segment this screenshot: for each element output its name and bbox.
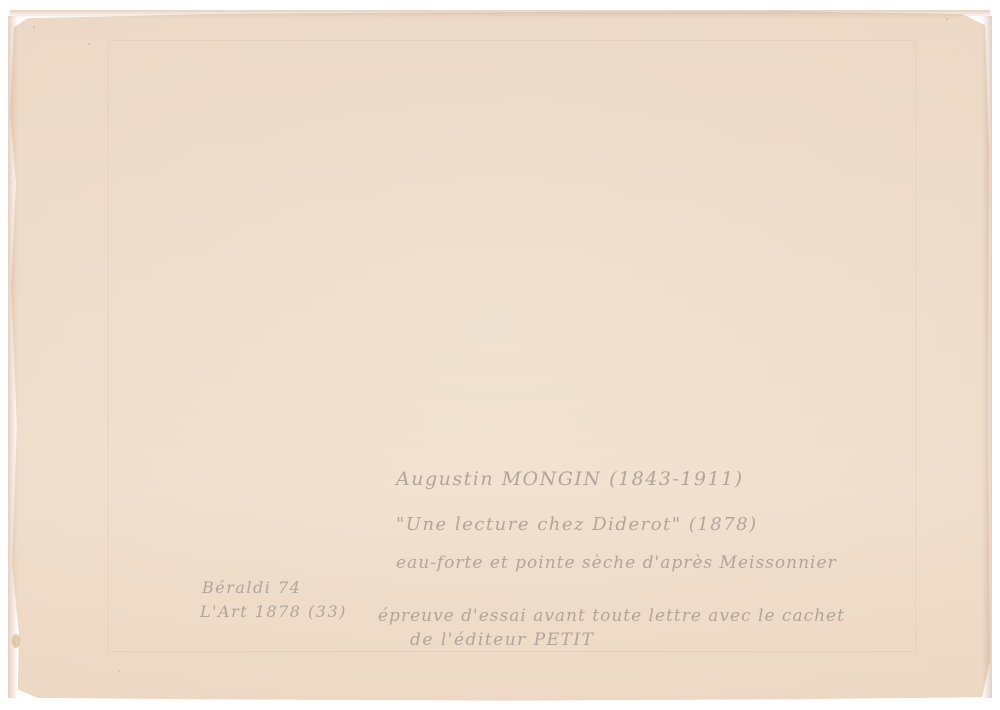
- deckle-edge-top: [10, 10, 990, 18]
- annotation-reference-lart: L'Art 1878 (33): [200, 602, 347, 621]
- foxing-spot: [88, 43, 90, 45]
- annotation-reference-beraldi: Béraldi 74: [202, 578, 301, 597]
- foxing-spot: [33, 26, 35, 28]
- annotation-title: "Une lecture chez Diderot" (1878): [396, 514, 758, 535]
- annotation-technique: eau-forte et pointe sèche d'après Meisso…: [396, 553, 837, 573]
- photo-stage: Augustin MONGIN (1843-1911) "Une lecture…: [0, 0, 1000, 710]
- annotation-proof: épreuve d'essai avant toute lettre avec …: [378, 606, 845, 626]
- foxing-spot: [118, 670, 120, 672]
- annotation-artist: Augustin MONGIN (1843-1911): [396, 468, 744, 490]
- foxing-spot: [12, 634, 20, 648]
- deckle-edge-right: [982, 16, 992, 698]
- annotation-editor: de l'éditeur PETIT: [410, 630, 594, 650]
- foxing-spot: [946, 18, 948, 20]
- deckle-edge-left: [8, 16, 18, 698]
